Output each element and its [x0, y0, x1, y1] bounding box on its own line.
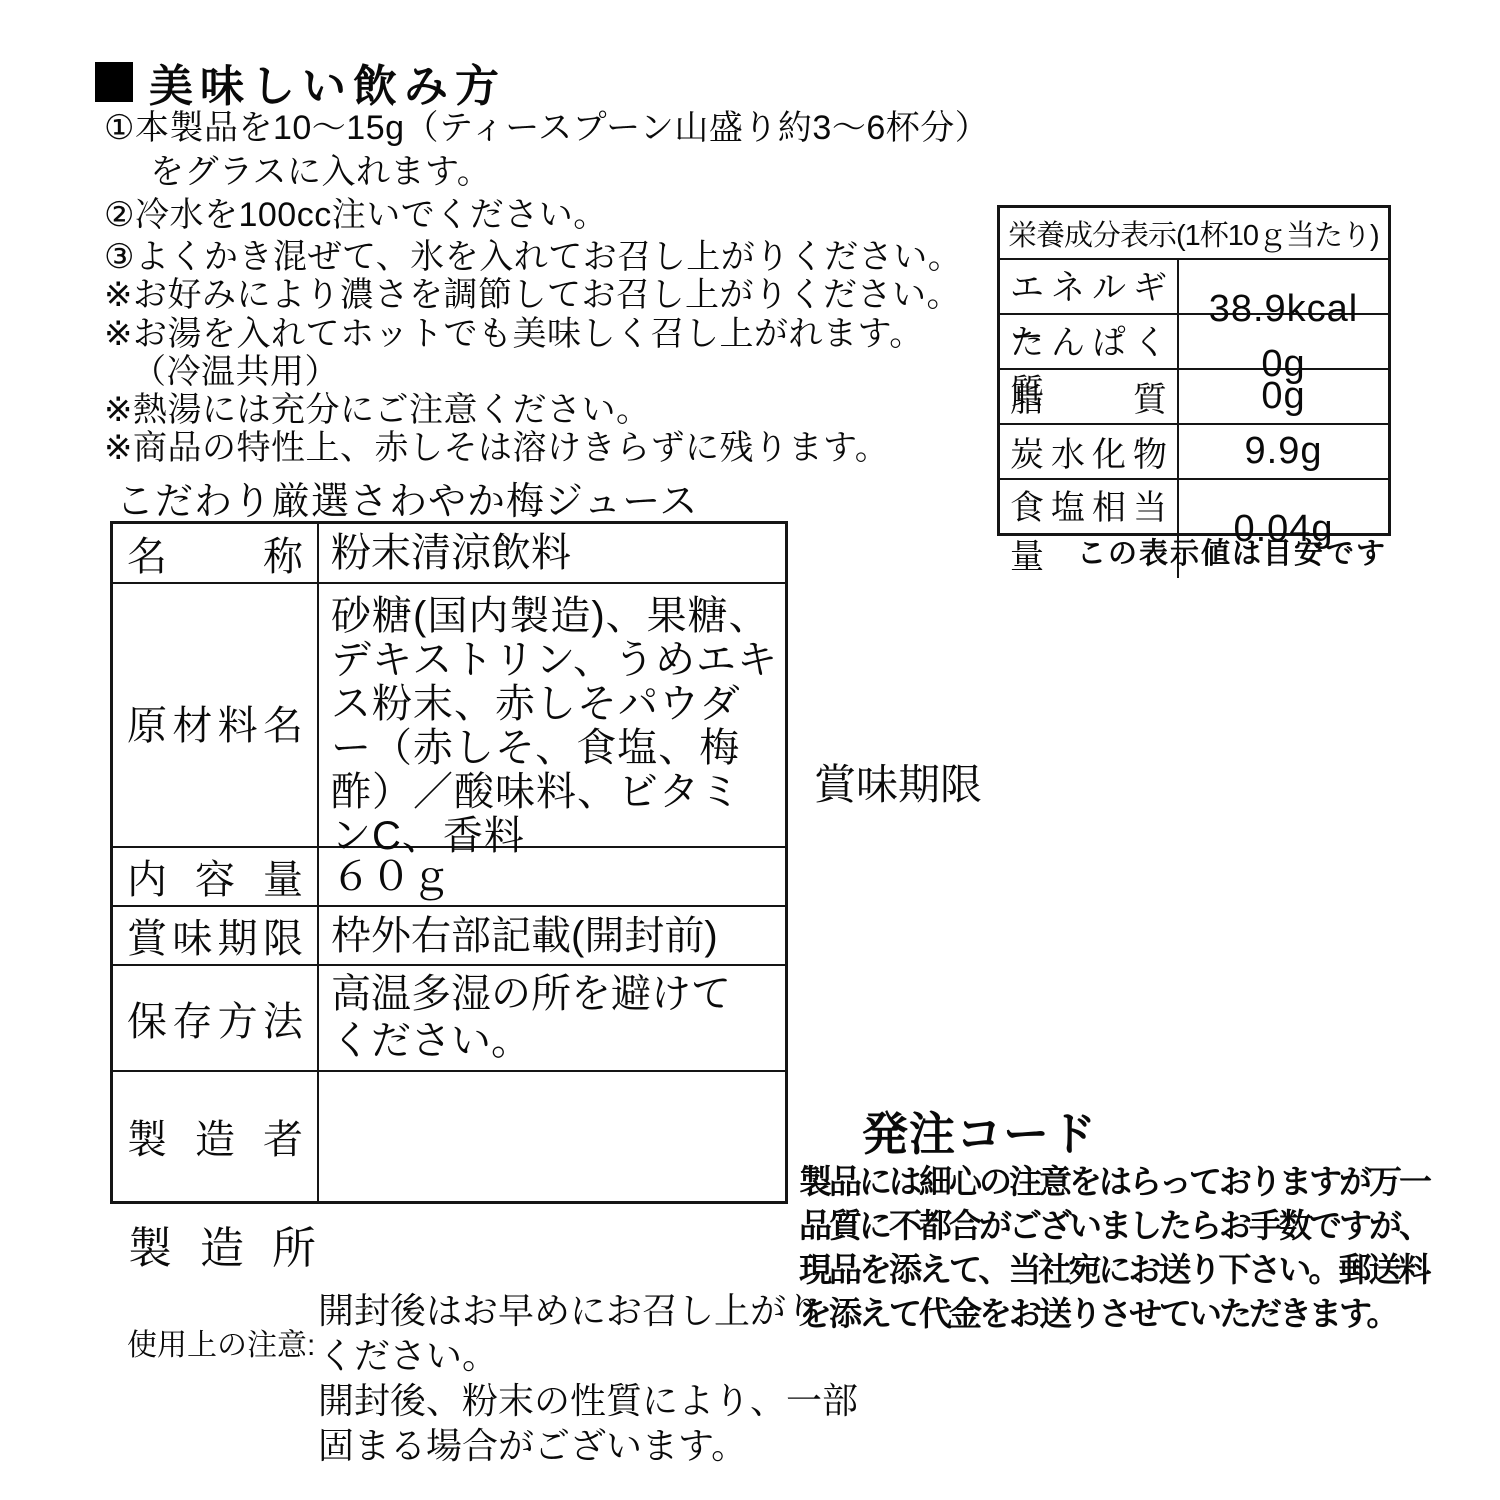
spec-label-text: 賞味期限: [127, 907, 303, 964]
nutrition-label-text: 脂質: [1010, 372, 1167, 421]
product-name-line: こだわり厳選さわやか梅ジュース: [116, 470, 698, 525]
quality-notice-paragraph: 製品には細心の注意をはらっておりますが万一 品質に不都合がございましたらお手数で…: [799, 1160, 1424, 1336]
spec-label: 内容量: [113, 848, 319, 905]
usage-caution-line: 開封後、粉末の性質により、一部: [318, 1378, 858, 1423]
spec-value: 砂糖(国内製造)、果糖、デキストリン、うめエキス粉末、赤しそパウダー（赤しそ、食…: [319, 584, 785, 860]
nutrition-row-energy: エネルギー 38.9kcal: [1000, 260, 1388, 313]
spec-row-storage: 保存方法 高温多湿の所を避けてください。: [113, 964, 785, 1070]
usage-caution-label: 使用上の注意:: [127, 1320, 315, 1364]
spec-value: [319, 1072, 785, 1201]
usage-caution-line: 開封後はお早めにお召し上がり: [318, 1288, 858, 1333]
instruction-line-1b: をグラスに入れます。: [150, 144, 491, 193]
spec-label-text: 保存方法: [127, 990, 303, 1047]
expiry-date-stamp-label: 賞味期限: [814, 752, 982, 812]
note-line-shiso: ※商品の特性上、赤しそは溶けきらずに残ります。: [104, 420, 889, 469]
spec-label: 保存方法: [113, 966, 319, 1070]
spec-label: 名称: [113, 524, 319, 582]
order-code-heading: 発注コード: [862, 1098, 1097, 1164]
nutrition-label-text: 炭水化物: [1010, 427, 1167, 476]
spec-row-best-before: 賞味期限 枠外右部記載(開封前): [113, 905, 785, 964]
spec-label: 製造者: [113, 1072, 319, 1201]
spec-value: ６０ｇ: [319, 848, 785, 905]
spec-value: 枠外右部記載(開封前): [319, 907, 785, 964]
quality-notice-line: を添えて代金をお送りさせていただきます。: [799, 1292, 1424, 1336]
usage-caution-text: 開封後はお早めにお召し上がり ください。 開封後、粉末の性質により、一部 固まる…: [318, 1288, 858, 1468]
spec-label: 原材料名: [113, 584, 319, 860]
quality-notice-line: 品質に不都合がございましたらお手数ですが、: [799, 1204, 1424, 1248]
nutrition-row-salt: 食塩相当量 0.04g: [1000, 478, 1388, 533]
product-spec-table: 名称 粉末清涼飲料 原材料名 砂糖(国内製造)、果糖、デキストリン、うめエキス粉…: [110, 521, 788, 1204]
factory-label: 製造所: [128, 1212, 344, 1276]
quality-notice-line: 現品を添えて、当社宛にお送り下さい。郵送料: [799, 1248, 1424, 1292]
nutrition-note: この表示値は目安です: [997, 531, 1387, 572]
spec-row-ingredients: 原材料名 砂糖(国内製造)、果糖、デキストリン、うめエキス粉末、赤しそパウダー（…: [113, 582, 785, 846]
spec-label: 賞味期限: [113, 907, 319, 964]
nutrition-row-fat: 脂質 0g: [1000, 368, 1388, 423]
quality-notice-line: 製品には細心の注意をはらっておりますが万一: [799, 1160, 1424, 1204]
nutrition-row-carbohydrate: 炭水化物 9.9g: [1000, 423, 1388, 478]
nutrition-table-title: 栄養成分表示(1杯10ｇ当たり): [1000, 208, 1388, 260]
product-label-sheet: 美味しい飲み方 ①本製品を10～15g（ティースプーン山盛り約3～6杯分） をグ…: [0, 0, 1500, 1500]
spec-row-manufacturer: 製造者: [113, 1070, 785, 1201]
spec-row-name: 名称 粉末清涼飲料: [113, 524, 785, 582]
spec-value: 高温多湿の所を避けてください。: [319, 966, 785, 1070]
nutrition-label: 脂質: [1000, 370, 1179, 423]
spec-row-net-content: 内容量 ６０ｇ: [113, 846, 785, 905]
nutrition-table: 栄養成分表示(1杯10ｇ当たり) エネルギー 38.9kcal たんぱく質 0g…: [997, 205, 1391, 536]
spec-label-text: 原材料名: [127, 694, 303, 751]
spec-value: 粉末清涼飲料: [319, 524, 785, 582]
spec-label-text: 内容量: [127, 848, 303, 905]
usage-caution-line: ください。: [318, 1333, 858, 1378]
nutrition-row-protein: たんぱく質 0g: [1000, 313, 1388, 368]
nutrition-label: 炭水化物: [1000, 425, 1179, 478]
instruction-line-1: ①本製品を10～15g（ティースプーン山盛り約3～6杯分）: [104, 100, 989, 149]
nutrition-value: 0g: [1179, 370, 1388, 423]
nutrition-value: 9.9g: [1179, 425, 1388, 478]
usage-caution-line: 固まる場合がございます。: [318, 1423, 858, 1468]
spec-label-text: 製造者: [127, 1108, 303, 1165]
black-square-icon: [95, 62, 133, 102]
spec-label-text: 名称: [127, 525, 303, 582]
